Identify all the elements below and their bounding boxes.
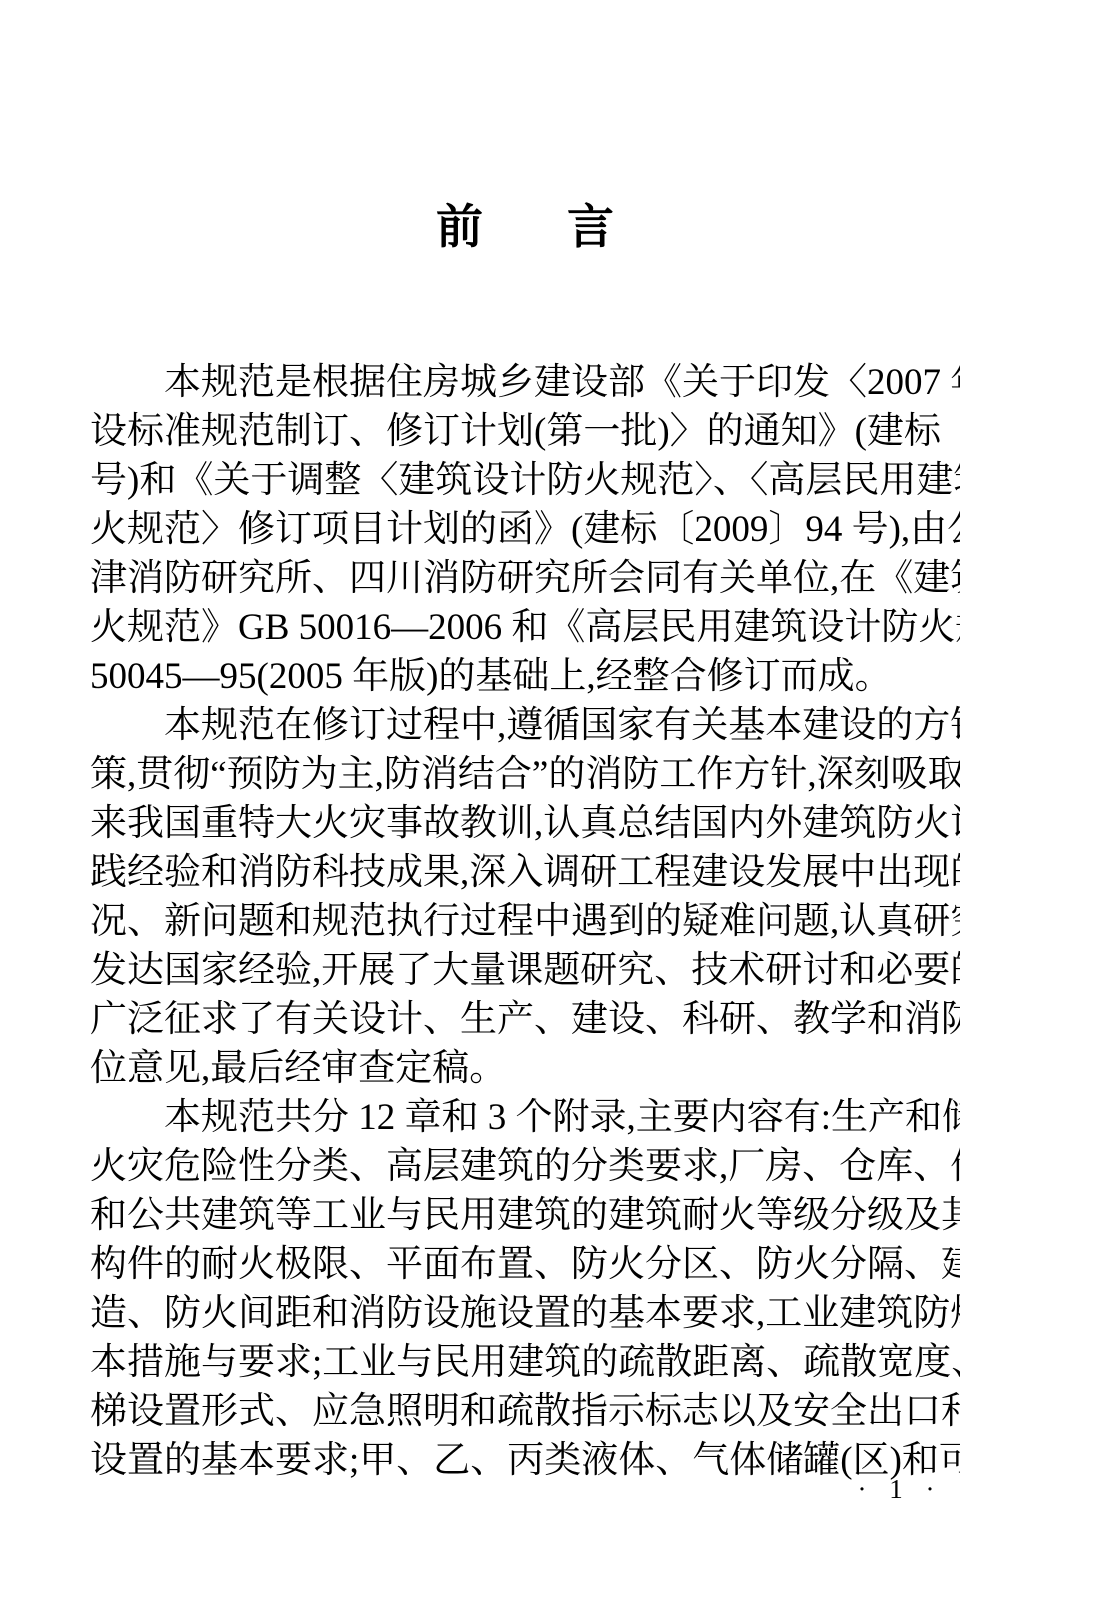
text-line: 设标准规范制订、修订计划(第一批)〉的通知》(建标〔2007〕125 [90, 407, 960, 456]
text-line: 广泛征求了有关设计、生产、建设、科研、教学和消防监督等单 [90, 995, 960, 1044]
text-line: 本措施与要求;工业与民用建筑的疏散距离、疏散宽度、疏散楼 [90, 1338, 960, 1387]
text-line: 火灾危险性分类、高层建筑的分类要求,厂房、仓库、住宅建筑 [90, 1142, 960, 1191]
text-line: 火规范》GB 50016—2006 和《高层民用建筑设计防火规范》GB [90, 603, 960, 652]
text-line: 本规范共分 12 章和 3 个附录,主要内容有:生产和储存的 [90, 1093, 960, 1142]
page-number: · 1 · [845, 1474, 955, 1504]
text-line: 发达国家经验,开展了大量课题研究、技术研讨和必要的试验, [90, 946, 960, 995]
text-line: 况、新问题和规范执行过程中遇到的疑难问题,认真研究借鉴 [90, 897, 960, 946]
paragraph-1: 本规范是根据住房城乡建设部《关于印发〈2007 年工程建 设标准规范制订、修订计… [90, 358, 960, 701]
text-line: 设置的基本要求;甲、乙、丙类液体、气体储罐(区)和可燃材料 [90, 1436, 960, 1485]
text-line: 践经验和消防科技成果,深入调研工程建设发展中出现的新情 [90, 848, 960, 897]
text-line: 火规范〉修订项目计划的函》(建标〔2009〕94 号),由公安部天 [90, 505, 960, 554]
text-line: 和公共建筑等工业与民用建筑的建筑耐火等级分级及其建筑 [90, 1191, 960, 1240]
text-line: 造、防火间距和消防设施设置的基本要求,工业建筑防爆的基 [90, 1289, 960, 1338]
page-title: 前 言 [90, 205, 960, 252]
text-line: 策,贯彻“预防为主,防消结合”的消防工作方针,深刻吸取近年 [90, 750, 960, 799]
paragraph-2: 本规范在修订过程中,遵循国家有关基本建设的方针政 策,贯彻“预防为主,防消结合”… [90, 701, 960, 1093]
text-line: 本规范在修订过程中,遵循国家有关基本建设的方针政 [90, 701, 960, 750]
text-line: 本规范是根据住房城乡建设部《关于印发〈2007 年工程建 [90, 358, 960, 407]
title-char-qian: 前 [436, 205, 483, 252]
text-line: 50045—95(2005 年版)的基础上,经整合修订而成。 [90, 652, 960, 701]
scanned-document-page: 前 言 本规范是根据住房城乡建设部《关于印发〈2007 年工程建 设标准规范制订… [0, 0, 1094, 1600]
paragraph-3: 本规范共分 12 章和 3 个附录,主要内容有:生产和储存的 火灾危险性分类、高… [90, 1093, 960, 1485]
title-char-yan: 言 [567, 205, 614, 252]
text-line: 来我国重特大火灾事故教训,认真总结国内外建筑防火设计实 [90, 799, 960, 848]
text-line: 梯设置形式、应急照明和疏散指示标志以及安全出口和疏散门 [90, 1387, 960, 1436]
text-line: 号)和《关于调整〈建筑设计防火规范〉、〈高层民用建筑设计防 [90, 456, 960, 505]
text-line: 津消防研究所、四川消防研究所会同有关单位,在《建筑设计防 [90, 554, 960, 603]
text-line: 构件的耐火极限、平面布置、防火分区、防火分隔、建筑防火构 [90, 1240, 960, 1289]
text-line: 位意见,最后经审查定稿。 [90, 1044, 960, 1093]
document-body: 本规范是根据住房城乡建设部《关于印发〈2007 年工程建 设标准规范制订、修订计… [90, 358, 960, 1485]
